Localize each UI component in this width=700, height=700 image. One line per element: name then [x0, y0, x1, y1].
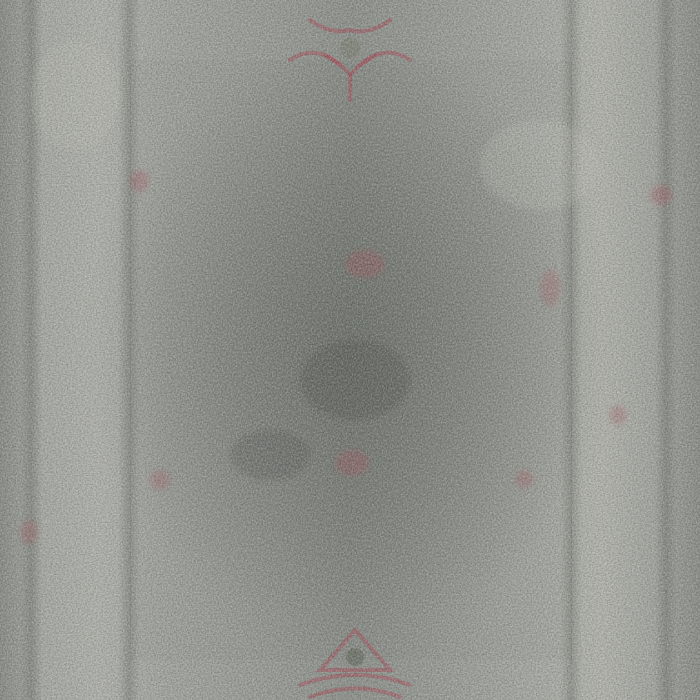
rug-photo [0, 0, 700, 700]
wool-highlight-texture [0, 0, 700, 700]
